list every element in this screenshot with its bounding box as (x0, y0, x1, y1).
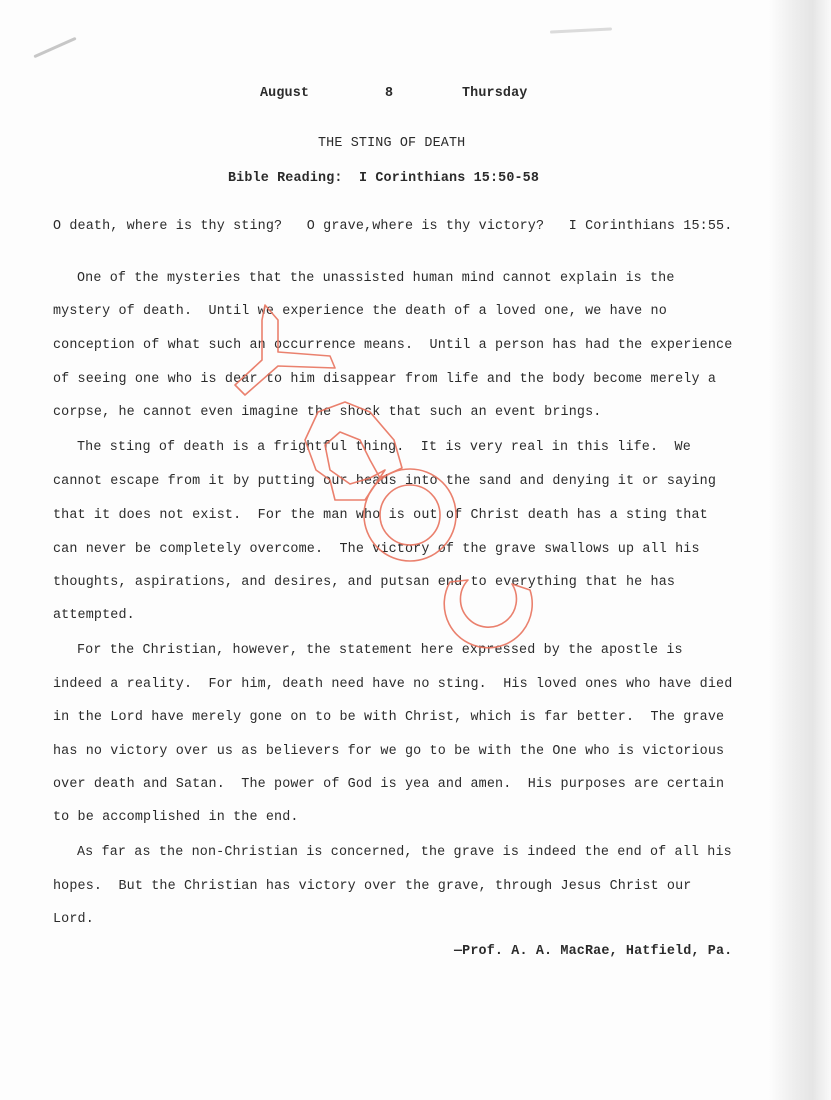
text-line: cannot escape from it by putting our hea… (53, 474, 716, 490)
key-verse: O death, where is thy sting? O grave,whe… (53, 219, 732, 235)
text-line: to be accomplished in the end. (53, 810, 299, 826)
text-line: that it does not exist. For the man who … (53, 508, 708, 524)
text-line: hopes. But the Christian has victory ove… (53, 879, 691, 895)
text-line: mystery of death. Until we experience th… (53, 304, 667, 320)
text-line: Lord. (53, 912, 94, 928)
text-line: has no victory over us as believers for … (53, 744, 724, 760)
author-signature: —Prof. A. A. MacRae, Hatfield, Pa. (454, 944, 732, 960)
text-line: thoughts, aspirations, and desires, and … (53, 575, 675, 591)
text-line: For the Christian, however, the statemen… (77, 643, 683, 659)
date-weekday: Thursday (462, 86, 528, 102)
text-line: One of the mysteries that the unassisted… (77, 271, 675, 287)
text-line: corpse, he cannot even imagine the shock… (53, 405, 601, 421)
bible-reading: Bible Reading: I Corinthians 15:50-58 (228, 171, 539, 187)
text-line: in the Lord have merely gone on to be wi… (53, 710, 724, 726)
text-line: can never be completely overcome. The vi… (53, 542, 700, 558)
text-line: of seeing one who is dear to him disappe… (53, 372, 716, 388)
text-line: As far as the non-Christian is concerned… (77, 845, 732, 861)
text-line: The sting of death is a frightful thing.… (77, 440, 691, 456)
text-line: indeed a reality. For him, death need ha… (53, 677, 732, 693)
text-line: over death and Satan. The power of God i… (53, 777, 724, 793)
scan-smudge (33, 37, 76, 58)
date-day: 8 (385, 86, 393, 102)
scan-smudge (550, 27, 612, 33)
document-page: August 8 Thursday THE STING OF DEATH Bib… (0, 0, 831, 1100)
text-line: conception of what such an occurrence me… (53, 338, 732, 354)
date-month: August (260, 86, 309, 102)
scan-edge-shading (769, 0, 831, 1100)
devotion-title: THE STING OF DEATH (318, 136, 465, 152)
text-line: attempted. (53, 608, 135, 624)
